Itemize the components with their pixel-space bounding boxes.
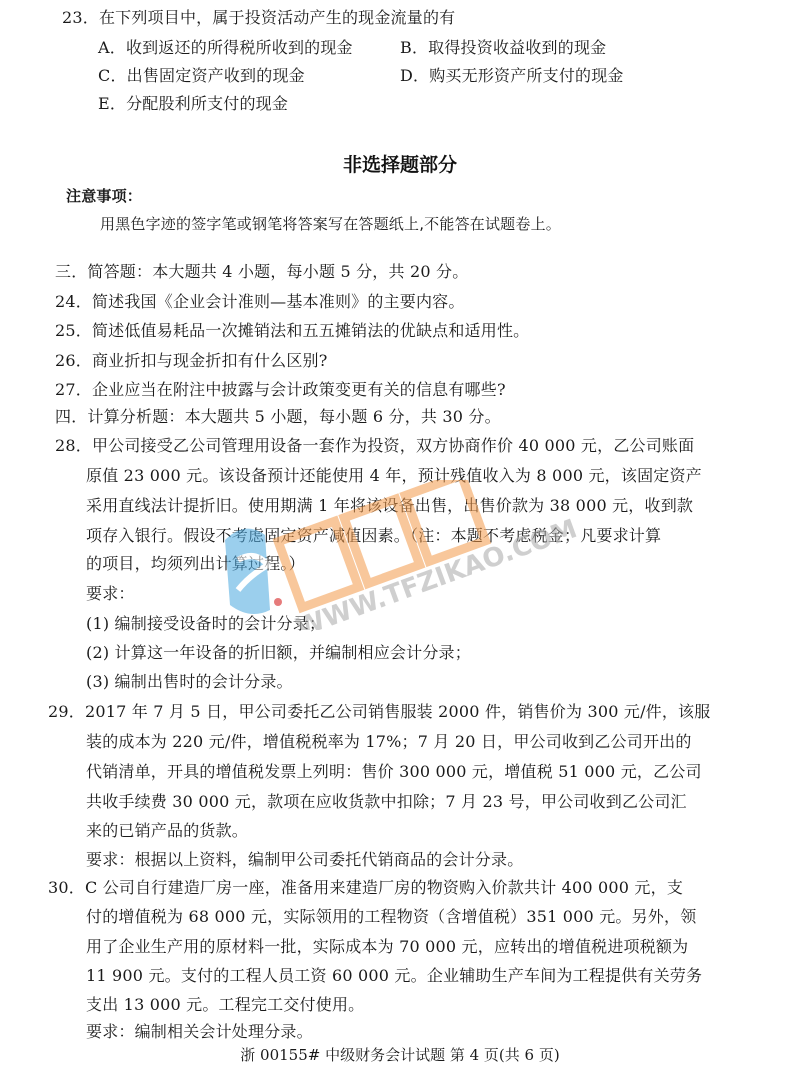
q30-line-2: 付的增值税为 68 000 元，实际领用的工程物资（含增值税）351 000 元…	[86, 907, 696, 927]
q28-line-4: 项存入银行。假设不考虑固定资产减值因素。（注：本题不考虑税金；凡要求计算	[86, 526, 661, 546]
page-footer: 浙 00155# 中级财务会计试题 第 4 页(共 6 页)	[0, 1045, 800, 1065]
question-26: 26．商业折扣与现金折扣有什么区别?	[55, 351, 328, 371]
part3-header: 三．简答题：本大题共 4 小题，每小题 5 分，共 20 分。	[55, 262, 468, 282]
question-24: 24．简述我国《企业会计准则—基本准则》的主要内容。	[55, 292, 465, 312]
part4-header: 四．计算分析题：本大题共 5 小题，每小题 6 分，共 30 分。	[55, 407, 501, 427]
q23-option-d: D．购买无形资产所支付的现金	[400, 66, 624, 86]
q28-requirement-3: (3) 编制出售时的会计分录。	[86, 672, 293, 692]
q28-line-1: 28．甲公司接受乙公司管理用设备一套作为投资，双方协商作价 40 000 元，乙…	[55, 436, 694, 456]
q30-line-3: 用了企业生产用的原材料一批，实际成本为 70 000 元，应转出的增值税进项税额…	[86, 937, 688, 957]
q29-line-4: 共收手续费 30 000 元，款项在应收货款中扣除；7 月 23 号，甲公司收到…	[86, 792, 687, 812]
q30-requirement: 要求：编制相关会计处理分录。	[86, 1022, 313, 1042]
q28-line-5: 的项目，均须列出计算过程。）	[86, 554, 305, 574]
section-title: 非选择题部分	[0, 150, 800, 177]
q28-line-3: 采用直线法计提折旧。使用期满 1 年将该设备出售，出售价款为 38 000 元，…	[86, 496, 693, 516]
q29-requirement: 要求：根据以上资料，编制甲公司委托代销商品的会计分录。	[86, 850, 523, 870]
q28-requirement-2: (2) 计算这一年设备的折旧额，并编制相应会计分录；	[86, 643, 471, 663]
q30-line-5: 支出 13 000 元。工程完工交付使用。	[86, 995, 364, 1015]
question-25: 25．简述低值易耗品一次摊销法和五五摊销法的优缺点和适用性。	[55, 321, 529, 341]
q30-line-1: 30．C 公司自行建造厂房一座，准备用来建造厂房的物资购入价款共计 400 00…	[48, 878, 683, 898]
q28-line-2: 原值 23 000 元。该设备预计还能使用 4 年，预计残值收入为 8 000 …	[86, 466, 702, 486]
question-23-stem: 23．在下列项目中，属于投资活动产生的现金流量的有	[62, 8, 455, 28]
q28-requirement-label: 要求：	[86, 584, 135, 604]
notice-body: 用黑色字迹的签字笔或钢笔将答案写在答题纸上,不能答在试题卷上。	[100, 214, 561, 234]
q29-line-1: 29．2017 年 7 月 5 日，甲公司委托乙公司销售服装 2000 件，销售…	[48, 702, 710, 722]
q23-option-e: E．分配股利所支付的现金	[98, 94, 288, 114]
q29-line-2: 装的成本为 220 元/件，增值税税率为 17%；7 月 20 日，甲公司收到乙…	[86, 732, 692, 752]
q30-line-4: 11 900 元。支付的工程人员工资 60 000 元。企业辅助生产车间为工程提…	[86, 966, 702, 986]
q28-requirement-1: (1) 编制接受设备时的会计分录；	[86, 614, 325, 634]
q23-option-c: C．出售固定资产收到的现金	[98, 66, 305, 86]
q23-option-a: A．收到返还的所得税所收到的现金	[98, 38, 353, 58]
q29-line-3: 代销清单，开具的增值税发票上列明：售价 300 000 元，增值税 51 000…	[86, 762, 702, 782]
q23-option-b: B．取得投资收益收到的现金	[400, 38, 606, 58]
q29-line-5: 来的已销产品的货款。	[86, 821, 248, 841]
notice-heading: 注意事项：	[66, 186, 142, 206]
question-27: 27．企业应当在附注中披露与会计政策变更有关的信息有哪些?	[55, 380, 506, 400]
